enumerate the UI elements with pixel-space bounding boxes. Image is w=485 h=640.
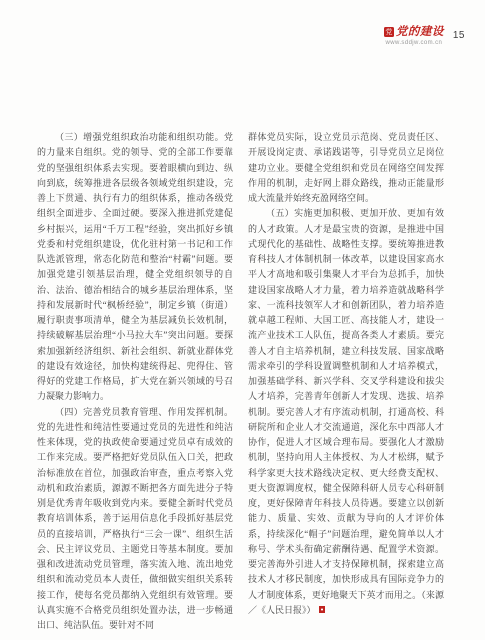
paragraph-section-5-text: （五）实施更加积极、更加开放、更加有效的人才政策。人才是最宝贵的资源，是推进中国…: [248, 208, 444, 615]
page-header: 党 党的建设 www.sddjw.com.cn 15: [384, 26, 465, 46]
masthead-title: 党的建设: [396, 26, 444, 38]
masthead-website-url: www.sddjw.com.cn: [386, 40, 443, 46]
masthead: 党 党的建设 www.sddjw.com.cn: [384, 26, 444, 46]
magazine-page: 党 党的建设 www.sddjw.com.cn 15 （三）增强党组织政治功能和…: [0, 0, 485, 640]
page-number: 15: [453, 30, 465, 41]
paragraph-section-4-continued: 群体党员实际，设立党员示范岗、党员责任区、开展设岗定责、承诺践诺等，引导党员立足…: [248, 130, 444, 206]
paragraph-section-3: （三）增强党组织政治功能和组织功能。党的力量来自组织。党的领导、党的全部工作要靠…: [37, 130, 233, 405]
end-of-article-icon: [319, 606, 326, 613]
paragraph-section-4: （四）完善党员教育管理、作用发挥机制。党的先进性和纯洁性要通过党员的先进性和纯洁…: [37, 405, 233, 634]
masthead-logo: 党 党的建设: [384, 26, 444, 38]
magazine-seal-icon: 党: [384, 27, 394, 37]
paragraph-section-5: （五）实施更加积极、更加开放、更加有效的人才政策。人才是最宝贵的资源，是推进中国…: [248, 206, 444, 618]
article-body: （三）增强党组织政治功能和组织功能。党的力量来自组织。党的领导、党的全部工作要靠…: [37, 130, 444, 633]
text-column-right: 群体党员实际，设立党员示范岗、党员责任区、开展设岗定责、承诺践诺等，引导党员立足…: [248, 130, 444, 633]
text-column-left: （三）增强党组织政治功能和组织功能。党的力量来自组织。党的领导、党的全部工作要靠…: [37, 130, 233, 633]
